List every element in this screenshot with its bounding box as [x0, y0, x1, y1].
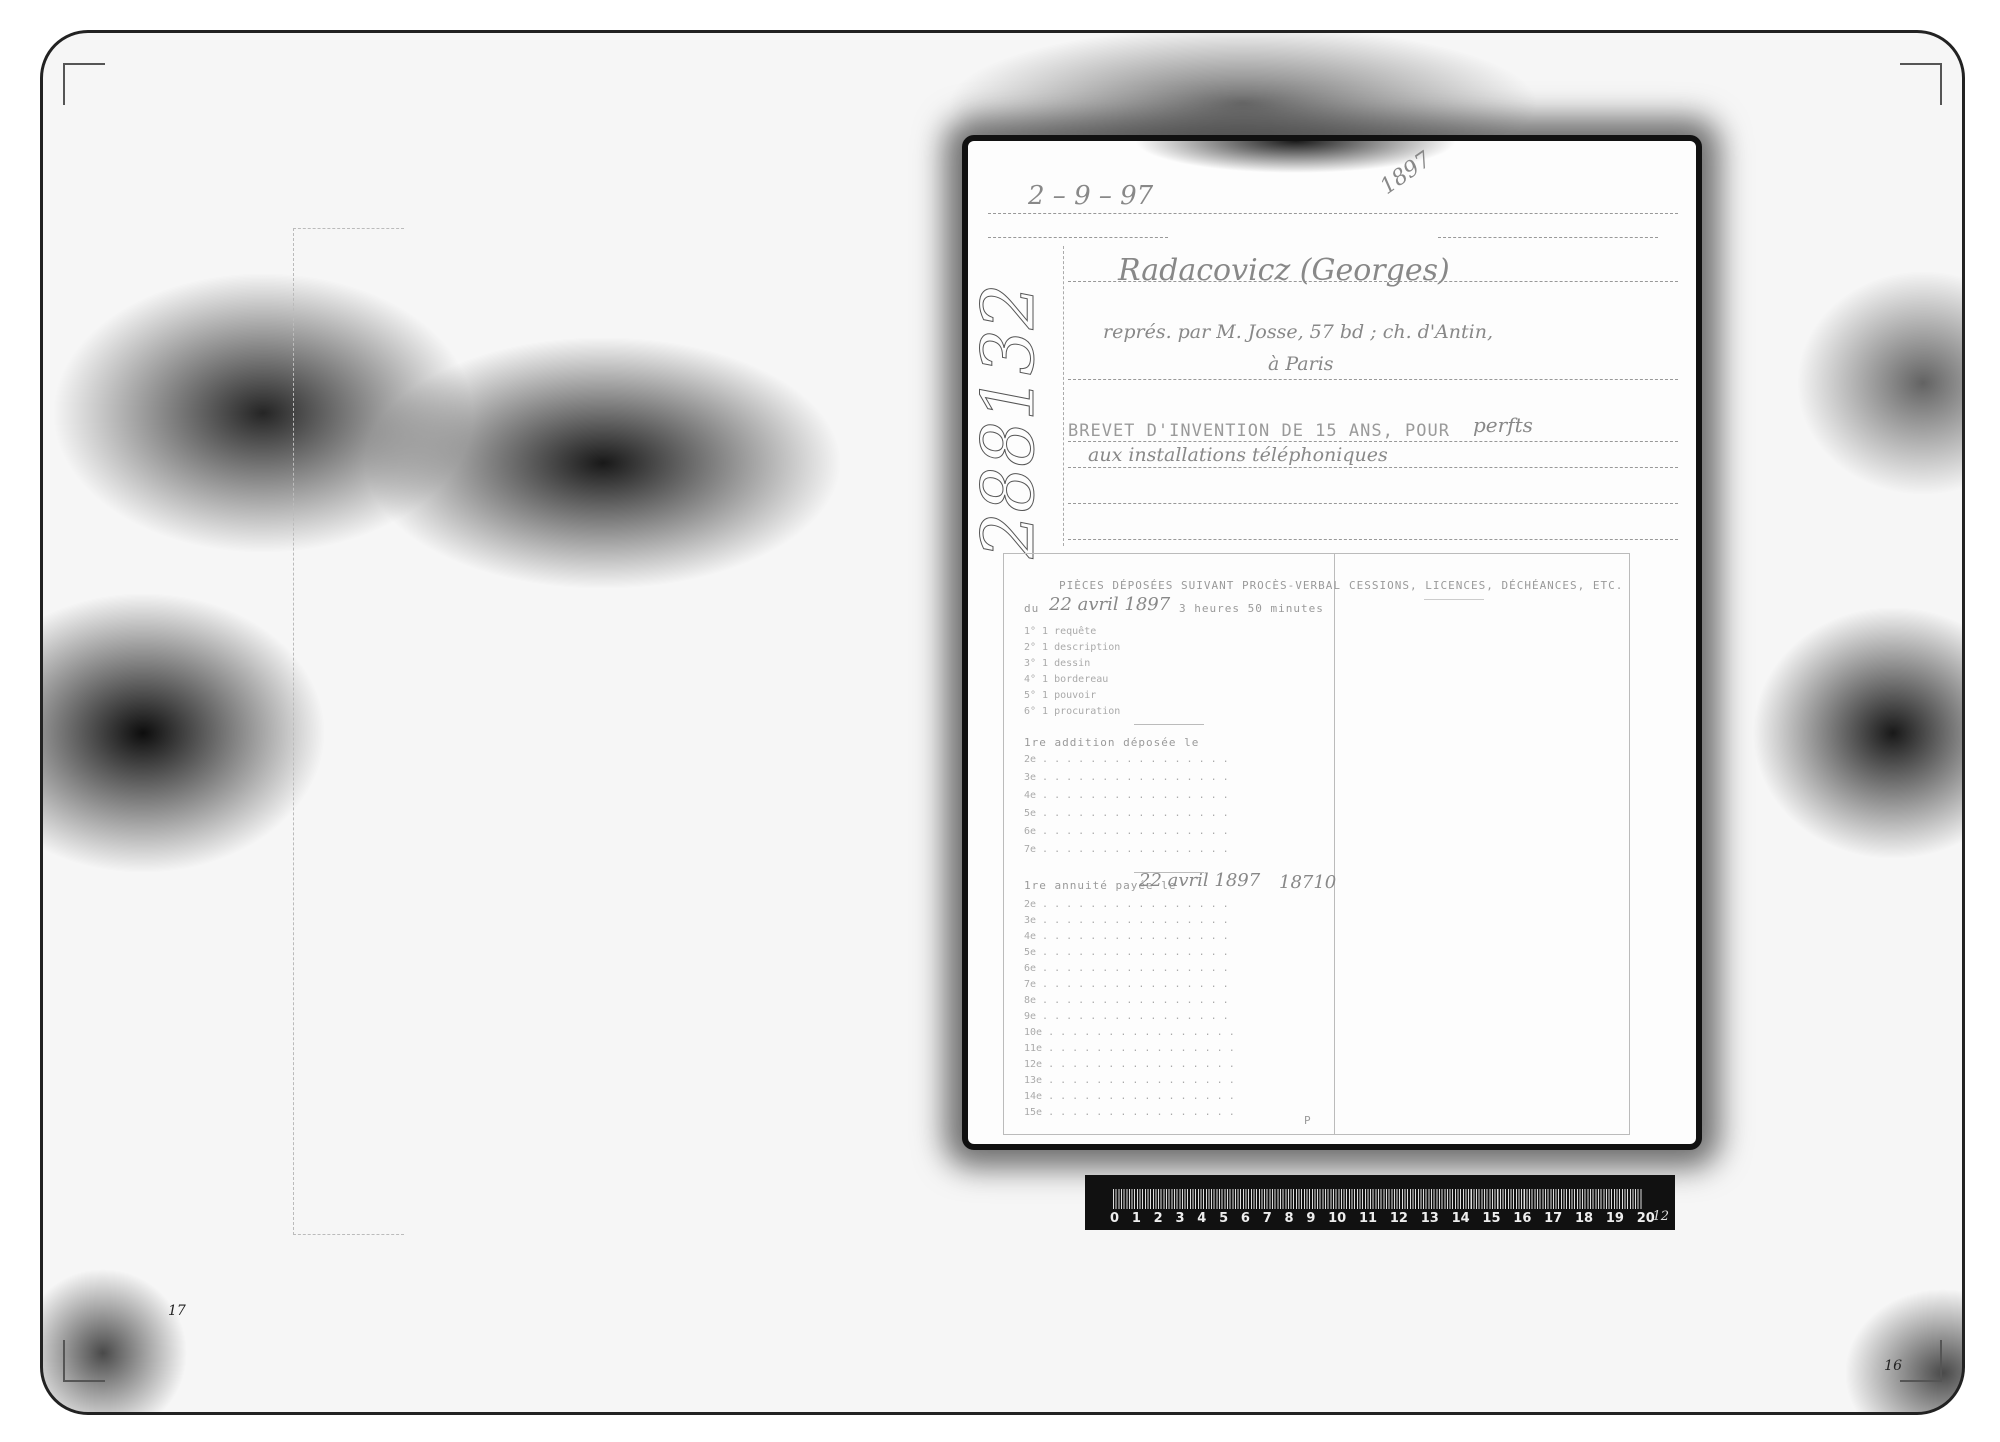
annuity-row: 15e . . . . . . . . . . . . . . . .: [1024, 1107, 1235, 1118]
ruler-label: 13: [1421, 1211, 1439, 1226]
additions-label: 1re addition déposée le: [1024, 736, 1199, 749]
deposit-time: 3 heures 50 minutes: [1179, 602, 1324, 615]
ruler-ticks: [1113, 1189, 1643, 1209]
ruler-label: 7: [1263, 1211, 1272, 1226]
patent-subject: aux installations téléphoniques: [1088, 444, 1388, 466]
ruler-label: 1: [1132, 1211, 1141, 1226]
deposit-date: 22 avril 1897: [1049, 594, 1170, 615]
ruler-label: 6: [1241, 1211, 1250, 1226]
ruler-label: 3: [1175, 1211, 1184, 1226]
addition-row: 7e . . . . . . . . . . . . . . . .: [1024, 844, 1229, 855]
annuity-row: 2e . . . . . . . . . . . . . . . .: [1024, 899, 1229, 910]
column-divider: [1334, 554, 1335, 1134]
ruler-label: 5: [1219, 1211, 1228, 1226]
measurement-ruler: 01234567891011121314151617181920 12: [1085, 1175, 1675, 1230]
margin-line: [1063, 246, 1064, 546]
addition-row: 2e . . . . . . . . . . . . . . . .: [1024, 754, 1229, 765]
annuity-row: 14e . . . . . . . . . . . . . . . .: [1024, 1091, 1235, 1102]
left-column-header: PIÈCES DÉPOSÉES SUIVANT PROCÈS-VERBAL: [1059, 579, 1341, 592]
ruler-label: 14: [1452, 1211, 1470, 1226]
ruler-label: 18: [1575, 1211, 1593, 1226]
items-separator: [1134, 724, 1204, 725]
holder-address-line2: à Paris: [1268, 353, 1334, 375]
header-rule-short: [988, 237, 1168, 238]
annuity-row: 5e . . . . . . . . . . . . . . . .: [1024, 947, 1229, 958]
addition-row: 5e . . . . . . . . . . . . . . . .: [1024, 808, 1229, 819]
right-column-header: CESSIONS, LICENCES, DÉCHÉANCES, ETC.: [1349, 579, 1623, 592]
deposit-prefix: du: [1024, 602, 1039, 615]
holder-address-line1: représ. par M. Josse, 57 bd ; ch. d'Anti…: [1103, 321, 1493, 343]
header-handwritten-date: 2 – 9 – 97: [1028, 181, 1153, 211]
ruler-unit-mark: 12: [1652, 1209, 1669, 1224]
ruler-label: 2: [1154, 1211, 1163, 1226]
crop-mark-bottom-left: [63, 1340, 105, 1382]
subject-rule: [1068, 467, 1678, 468]
crop-mark-top-left: [63, 63, 105, 105]
address-rule: [1068, 379, 1678, 380]
addition-row: 6e . . . . . . . . . . . . . . . .: [1024, 826, 1229, 837]
annuity-row: 4e . . . . . . . . . . . . . . . .: [1024, 931, 1229, 942]
addition-row: 4e . . . . . . . . . . . . . . . .: [1024, 790, 1229, 801]
ruler-label: 16: [1513, 1211, 1531, 1226]
patent-title-handwritten: perfts: [1473, 413, 1533, 437]
annuity-row: 3e . . . . . . . . . . . . . . . .: [1024, 915, 1229, 926]
ruler-label: 0: [1110, 1211, 1119, 1226]
bottom-mark: P: [1304, 1114, 1312, 1127]
ruler-label: 17: [1544, 1211, 1562, 1226]
patent-title-printed: BREVET D'INVENTION DE 15 ANS, POUR: [1068, 421, 1450, 441]
deposited-item: 6° 1 procuration: [1024, 706, 1120, 717]
blank-rule-1: [1068, 503, 1678, 504]
annuity-amount: 18710: [1279, 872, 1336, 893]
ruler-label: 15: [1482, 1211, 1500, 1226]
ruler-label: 10: [1328, 1211, 1346, 1226]
deposited-item: 2° 1 description: [1024, 642, 1120, 653]
ruler-label: 12: [1390, 1211, 1408, 1226]
ruler-label: 4: [1197, 1211, 1206, 1226]
deposited-item: 1° 1 requête: [1024, 626, 1096, 637]
patent-card: 2 – 9 – 97 1897 288132 Radacovicz (Georg…: [962, 135, 1702, 1150]
scan-mark-bottom-right: 16: [1884, 1358, 1902, 1374]
deposited-item: 4° 1 bordereau: [1024, 674, 1108, 685]
header-rule: [988, 213, 1678, 214]
annuity-row: 7e . . . . . . . . . . . . . . . .: [1024, 979, 1229, 990]
annuity-row: 10e . . . . . . . . . . . . . . . .: [1024, 1027, 1235, 1038]
title-rule: [1068, 441, 1678, 442]
ruler-label: 11: [1359, 1211, 1377, 1226]
registration-number: 288132: [963, 261, 1053, 581]
ruler-label: 19: [1606, 1211, 1624, 1226]
header-rule-right: [1438, 237, 1658, 238]
crop-mark-bottom-right: [1900, 1340, 1942, 1382]
holder-name: Radacovicz (Georges): [1118, 253, 1450, 288]
crop-mark-top-right: [1900, 63, 1942, 105]
ruler-label: 9: [1306, 1211, 1315, 1226]
blank-rule-2: [1068, 539, 1678, 540]
deposited-item: 5° 1 pouvoir: [1024, 690, 1096, 701]
annuity-row: 8e . . . . . . . . . . . . . . . .: [1024, 995, 1229, 1006]
annuity-row: 9e . . . . . . . . . . . . . . . .: [1024, 1011, 1229, 1022]
right-header-underline: [1424, 599, 1484, 600]
annuity-date: 22 avril 1897: [1139, 870, 1260, 891]
scanned-page: 17 16 2 – 9 – 97 1897 288132 Radacovicz …: [0, 0, 2000, 1442]
records-table: PIÈCES DÉPOSÉES SUIVANT PROCÈS-VERBAL du…: [1003, 553, 1630, 1135]
faint-card-outline: [293, 228, 404, 1235]
addition-row: 3e . . . . . . . . . . . . . . . .: [1024, 772, 1229, 783]
scan-mark-bottom-left: 17: [168, 1303, 186, 1319]
annuity-row: 6e . . . . . . . . . . . . . . . .: [1024, 963, 1229, 974]
deposited-item: 3° 1 dessin: [1024, 658, 1090, 669]
ruler-label: 8: [1285, 1211, 1294, 1226]
ruler-labels: 01234567891011121314151617181920: [1110, 1211, 1655, 1226]
annuity-row: 13e . . . . . . . . . . . . . . . .: [1024, 1075, 1235, 1086]
annuity-row: 11e . . . . . . . . . . . . . . . .: [1024, 1043, 1235, 1054]
annuity-row: 12e . . . . . . . . . . . . . . . .: [1024, 1059, 1235, 1070]
